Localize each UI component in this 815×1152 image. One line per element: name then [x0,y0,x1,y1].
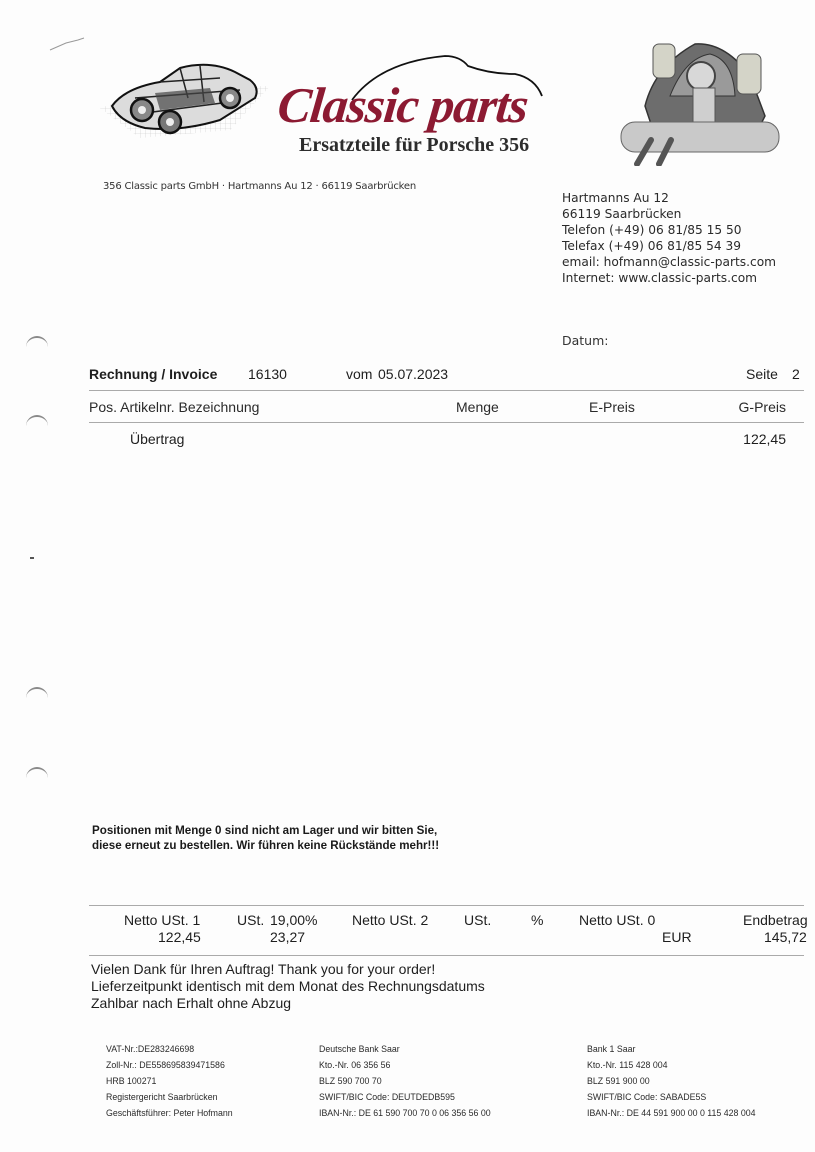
table-row-carryover-value: 122,45 [743,431,786,447]
bank-swift: SWIFT/BIC Code: DEUTDEDB595 [319,1089,491,1105]
ust2-label: USt. [464,912,491,928]
footer-company-info: VAT-Nr.:DE283246698 Zoll-Nr.: DE55869583… [106,1041,233,1121]
column-header-unit-price: E-Preis [589,399,635,415]
column-header-description: Pos. Artikelnr. Bezeichnung [89,399,259,415]
scan-smudge [30,557,34,559]
footer-bank-deutsche-bank: Deutsche Bank Saar Kto.-Nr. 06 356 56 BL… [319,1041,491,1121]
netto-ust1-value: 122,45 [158,929,201,945]
ust1-value: 23,27 [270,929,305,945]
contact-phone: Telefon (+49) 06 81/85 15 50 [562,222,776,238]
bank-iban: IBAN-Nr.: DE 44 591 900 00 0 115 428 004 [587,1105,756,1121]
vat-number: VAT-Nr.:DE283246698 [106,1041,233,1057]
company-contact-block: Hartmanns Au 12 66119 Saarbrücken Telefo… [562,190,776,286]
footer-bank-1-saar: Bank 1 Saar Kto.-Nr. 115 428 004 BLZ 591… [587,1041,756,1121]
invoice-date-label: vom [346,366,372,382]
closing-text: Vielen Dank für Ihren Auftrag! Thank you… [91,961,485,1012]
managing-director: Geschäftsführer: Peter Hofmann [106,1105,233,1121]
divider [89,905,804,906]
netto-ust2-label: Netto USt. 2 [352,912,428,928]
divider [89,955,804,956]
divider [89,390,804,391]
notice-line: diese erneut zu bestellen. Wir führen ke… [92,838,439,853]
customs-number: Zoll-Nr.: DE558695839471586 [106,1057,233,1073]
bank-name: Bank 1 Saar [587,1041,756,1057]
brand-tagline: Ersatzteile für Porsche 356 [299,134,529,157]
invoice-title: Rechnung / Invoice [89,366,217,382]
column-header-total-price: G-Preis [739,399,786,415]
bank-iban: IBAN-Nr.: DE 61 590 700 70 0 06 356 56 0… [319,1105,491,1121]
punch-hole-mark [26,336,48,350]
bank-name: Deutsche Bank Saar [319,1041,491,1057]
invoice-date: 05.07.2023 [378,366,448,382]
car-cutaway-illustration [100,58,270,138]
netto-ust1-label: Netto USt. 1 [124,912,200,928]
contact-website: Internet: www.classic-parts.com [562,270,776,286]
endbetrag-label: Endbetrag [743,912,808,928]
contact-city: 66119 Saarbrücken [562,206,776,222]
brand-logo: Classic parts [275,76,531,134]
endbetrag-value: 145,72 [764,929,807,945]
bank-account: Kto.-Nr. 115 428 004 [587,1057,756,1073]
closing-line: Vielen Dank für Ihren Auftrag! Thank you… [91,961,485,978]
scan-artifact [48,34,98,52]
contact-fax: Telefax (+49) 06 81/85 54 39 [562,238,776,254]
closing-line: Zahlbar nach Erhalt ohne Abzug [91,995,485,1012]
bank-blz: BLZ 590 700 70 [319,1073,491,1089]
ust1-rate: 19,00% [270,912,317,928]
page-number: 2 [792,366,800,382]
stock-notice: Positionen mit Menge 0 sind nicht am Lag… [92,823,439,853]
datum-label: Datum: [562,333,609,348]
sender-address-line: 356 Classic parts GmbH · Hartmanns Au 12… [103,181,416,192]
punch-hole-mark [26,767,48,781]
ust2-rate: % [531,912,543,928]
page-label: Seite [746,366,778,382]
bank-account: Kto.-Nr. 06 356 56 [319,1057,491,1073]
divider [89,422,804,423]
bank-blz: BLZ 591 900 00 [587,1073,756,1089]
bank-swift: SWIFT/BIC Code: SABADE5S [587,1089,756,1105]
punch-hole-mark [26,687,48,701]
netto-ust0-label: Netto USt. 0 [579,912,655,928]
currency-label: EUR [662,929,692,945]
contact-email: email: hofmann@classic-parts.com [562,254,776,270]
invoice-number: 16130 [248,366,287,382]
register-court: Registergericht Saarbrücken [106,1089,233,1105]
contact-street: Hartmanns Au 12 [562,190,776,206]
table-row-carryover-label: Übertrag [130,431,184,447]
ust1-label: USt. [237,912,264,928]
column-header-quantity: Menge [456,399,499,415]
hrb-number: HRB 100271 [106,1073,233,1089]
closing-line: Lieferzeitpunkt identisch mit dem Monat … [91,978,485,995]
punch-hole-mark [26,415,48,429]
engine-photo [615,36,785,166]
notice-line: Positionen mit Menge 0 sind nicht am Lag… [92,823,439,838]
